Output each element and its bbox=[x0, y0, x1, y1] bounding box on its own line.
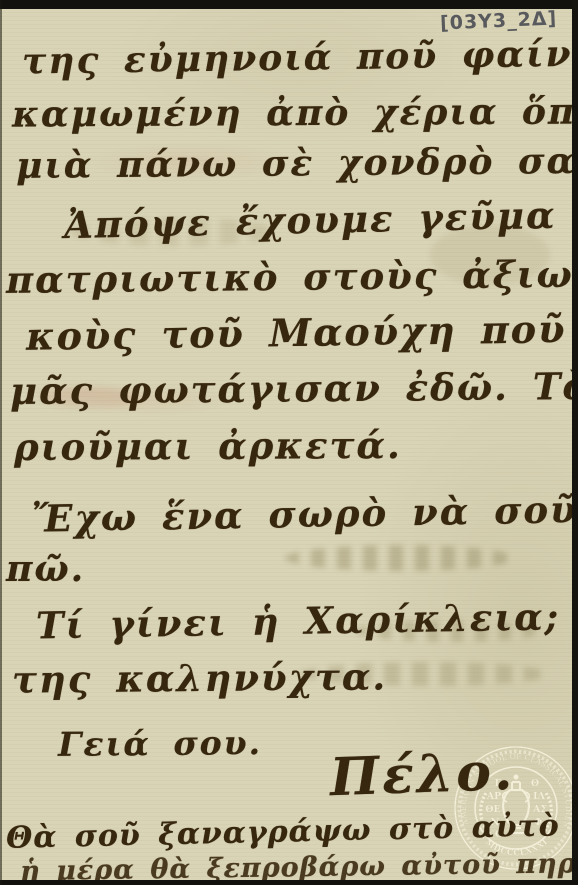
svg-text:Θ: Θ bbox=[531, 778, 539, 789]
signature: Πέλο. bbox=[329, 741, 516, 808]
letter-line: Τί γίνει ἡ Χαρίκλεια; πές bbox=[36, 593, 578, 648]
bleedthrough-smudge bbox=[285, 545, 515, 571]
letter-line: Ἔχω ἕνα σωρὸ νὰ σοῦ bbox=[32, 487, 578, 541]
archival-code: [03Υ3_2Δ] bbox=[440, 7, 558, 34]
letter-line: μιὰ πάνω σὲ χονδρὸ σανίδο. bbox=[16, 139, 578, 187]
letter-closing: Γειά σου. bbox=[58, 723, 262, 764]
letter-line: της εὐμηνοιά ποῦ φαίνεται bbox=[22, 31, 578, 82]
scan-edge-top bbox=[0, 0, 578, 9]
letter-line: ριοῦμαι ἀρκετά. bbox=[14, 423, 402, 469]
scan-edge-bottom bbox=[0, 880, 578, 885]
letter-line: καμωμένη ἀπὸ χέρια ὅπω bbox=[12, 90, 578, 135]
svg-text:ΙΛ: ΙΛ bbox=[533, 791, 545, 802]
scan-edge-left bbox=[0, 0, 2, 885]
scan-edge-right bbox=[572, 0, 578, 885]
letter-page: AMERICAN SCHOOL OF CLASSICAL STUDIES AT … bbox=[0, 0, 578, 885]
letter-line: της καληνύχτα. bbox=[12, 654, 388, 701]
letter-line: πατριωτικὸ στοὺς ἀξιωματικ— bbox=[6, 250, 578, 302]
letter-line: κοὺς τοῦ Μαούχη ποῦ bbox=[26, 306, 567, 359]
letter-line: πῶ. bbox=[6, 548, 85, 590]
letter-line: μᾶς φωτάγισαν ἐδῶ. Τὸ βα— bbox=[10, 363, 578, 413]
